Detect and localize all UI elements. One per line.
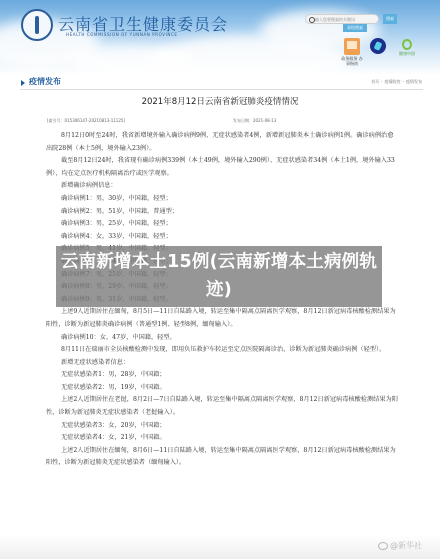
paragraph: 上述9人近期居住在缅甸，8月5日—11日自陆路入境，转运至集中隔离点隔离医学观察… [46,306,398,331]
article-publish-date: 发布日期：2021-08-13 [233,118,276,124]
weibo-icon [378,542,388,550]
breadcrumb-separator: - [381,79,382,84]
case-item: 确诊病例3：男，25岁，中国籍，轻型； [46,218,398,231]
paragraph: 上述2人近期居住在缅甸，8月6日—11日自陆路入境，转运至集中隔离点隔离医学观察… [46,445,398,470]
section-title: 疫情发布 [29,76,61,87]
site-header: 云南省卫生健康委员会 HEALTH COMMISSION OF YUNNAN P… [0,0,440,75]
case-item: 确诊病例1：男，30岁，中国籍，轻型； [46,193,398,206]
triangle-marker-icon [21,80,25,86]
health-app-icon[interactable] [370,38,386,54]
breadcrumb-home[interactable]: 首页 [371,79,379,84]
breadcrumb: 首页-疫情防控-疫情发布 [370,79,423,85]
overlay-headline: 云南新增本土15例(云南新增本土病例轨迹) [56,248,382,304]
section-bar: 疫情发布 首页-疫情防控-疫情发布 [20,76,423,90]
case-item: 确诊病例2：男，51岁，中国籍，普通型； [46,206,398,219]
office-service-icon[interactable] [344,38,360,55]
search-input[interactable]: 输入您要搜索的关键词 [305,14,379,24]
article-index-number: [索引号：015306147-20210813-11125] [47,118,125,124]
paragraph: 8月11日在瑞丽市全员核酸检测中发现，即用负压救护车转运至定点医院隔离诊治，诊断… [46,344,398,357]
paragraph: 8月12日0时至24时，我省新增境外输入确诊病例9例、无症状感染者4例，新增新冠… [46,130,398,155]
cloud-decoration [70,45,190,75]
headline-overlay-banner: 云南新增本土15例(云南新增本土病例轨迹) [56,246,382,307]
paragraph: 新增确诊病例信息： [46,180,398,193]
site-subtitle: HEALTH COMMISSION OF YUNNAN PROVINCE [66,32,178,37]
health-china-label[interactable]: 健康中国 [396,51,418,57]
case-item: 无症状感染者3：女，20岁，中国籍； [46,420,398,433]
breadcrumb-epidemic-release[interactable]: 疫情发布 [406,79,422,84]
advanced-search-button[interactable]: 高级搜索 [343,24,367,32]
search-icon [309,17,315,23]
search-button[interactable]: 搜索 [383,14,397,24]
office-service-label[interactable]: 政务服务 办事指南 [340,56,364,66]
watermark: @新华社 [378,540,422,551]
article-title: 2021年8月12日云南省新冠肺炎疫情情况 [0,95,440,107]
case-item: 确诊病例10：女，47岁，中国籍，轻型。 [46,332,398,345]
case-item: 无症状感染者1：男，28岁，中国籍； [46,369,398,382]
breadcrumb-separator: - [403,79,404,84]
breadcrumb-epidemic-control[interactable]: 疫情防控 [385,79,401,84]
bottom-fade [0,535,440,559]
search-placeholder: 输入您要搜索的关键词 [315,17,355,22]
case-item: 无症状感染者4：女，21岁，中国籍。 [46,432,398,445]
case-item: 确诊病例4：女，33岁，中国籍，轻型； [46,231,398,244]
watermark-text: @新华社 [390,541,422,550]
paragraph: 新增无症状感染者信息： [46,357,398,370]
paragraph: 截至8月12日24时，我省现有确诊病例339例（本土49例，境外输入290例）、… [46,155,398,180]
paragraph: 上述2人近期居住在老挝，8月2日—7日自陆路入境，转运至集中隔离点隔离医学观察，… [46,394,398,419]
health-china-icon[interactable] [402,39,412,50]
case-item: 无症状感染者2：男，19岁，中国籍。 [46,382,398,395]
health-commission-emblem-icon[interactable] [21,9,53,41]
